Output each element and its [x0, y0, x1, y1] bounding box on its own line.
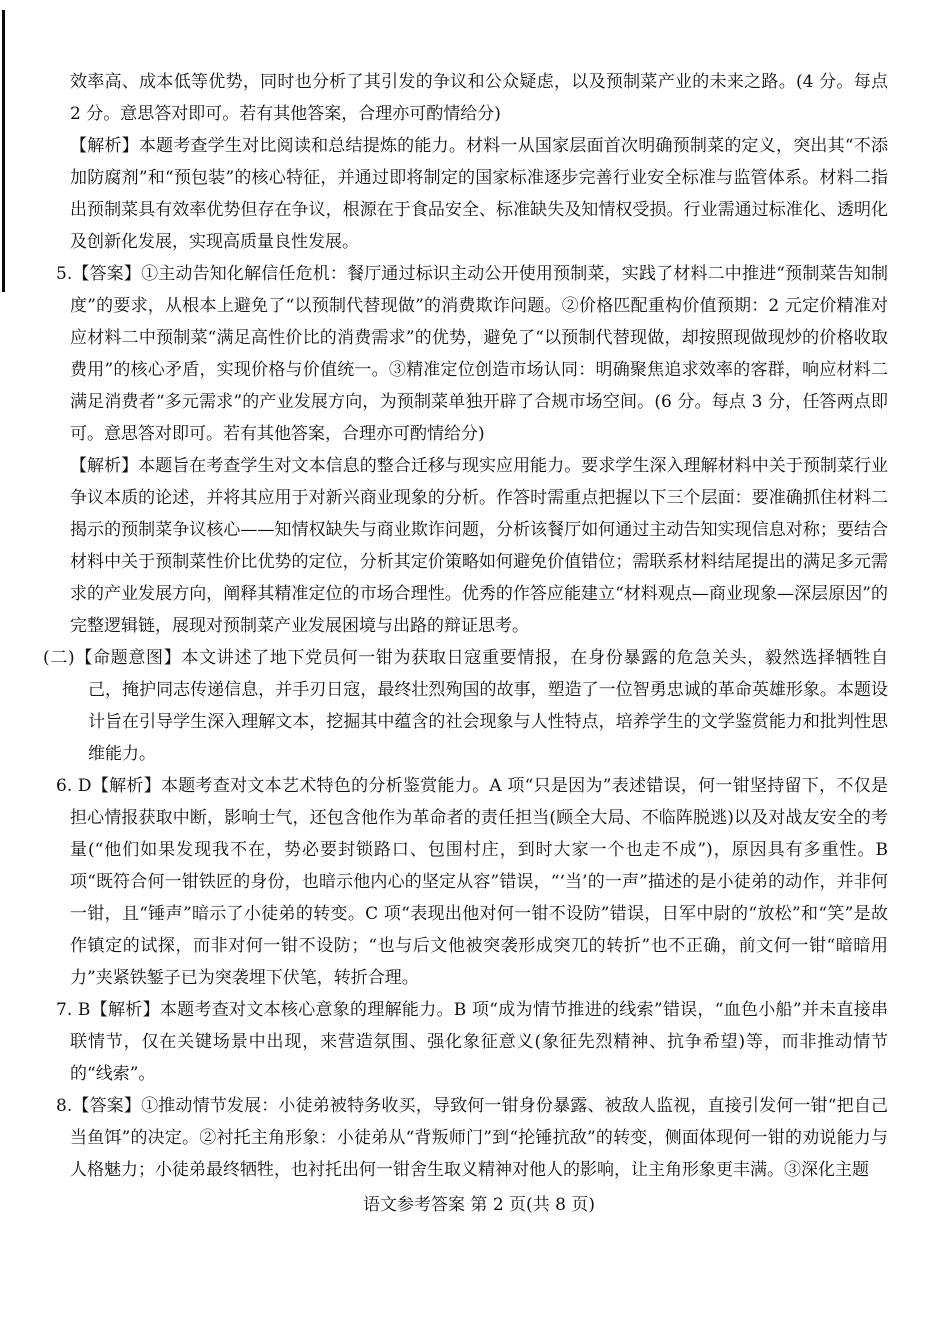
paragraph-text: 效率高、成本低等优势，同时也分析了其引发的争议和公众疑虑，以及预制菜产业的未来之… — [70, 72, 888, 124]
answer-item-5: 5.【答案】①主动告知化解信任危机：餐厅通过标识主动公开使用预制菜，实践了材料二… — [70, 258, 888, 450]
item-number: 7. — [56, 1000, 72, 1020]
paragraph-analysis-q4: 【解析】本题考查学生对比阅读和总结提炼的能力。材料一从国家层面首次明确预制菜的定… — [70, 130, 888, 258]
section-number: (二) — [43, 648, 75, 668]
answer-item-7: 7. B【解析】本题考查对文本核心意象的理解能力。B 项“成为情节推进的线索”错… — [70, 994, 888, 1090]
footer-text: 语文参考答案 第 2 页(共 8 页) — [363, 1195, 595, 1215]
item-number: 8. — [56, 1096, 72, 1116]
paragraph-text: 【答案】①推动情节发展：小徒弟被特务收买，导致何一钳身份暴露、被敌人监视，直接引… — [70, 1096, 888, 1180]
item-number: 5. — [56, 264, 72, 284]
paragraph-text: 【解析】本题旨在考查学生对文本信息的整合迁移与现实应用能力。要求学生深入理解材料… — [70, 456, 888, 636]
page-footer: 语文参考答案 第 2 页(共 8 页) — [70, 1189, 888, 1221]
paragraph-text: B【解析】本题考查对文本核心意象的理解能力。B 项“成为情节推进的线索”错误，“… — [70, 1000, 888, 1084]
answer-item-6: 6. D【解析】本题考查对文本艺术特色的分析鉴赏能力。A 项“只是因为”表述错误… — [70, 770, 888, 994]
paragraph-text: D【解析】本题考查对文本艺术特色的分析鉴赏能力。A 项“只是因为”表述错误，何一… — [70, 776, 888, 988]
answer-key-page: 效率高、成本低等优势，同时也分析了其引发的争议和公众疑虑，以及预制菜产业的未来之… — [0, 66, 950, 1221]
answer-item-8: 8.【答案】①推动情节发展：小徒弟被特务收买，导致何一钳身份暴露、被敌人监视，直… — [70, 1090, 888, 1186]
paragraph-analysis-q5: 【解析】本题旨在考查学生对文本信息的整合迁移与现实应用能力。要求学生深入理解材料… — [70, 450, 888, 642]
paragraph-text: 【命题意图】本文讲述了地下党员何一钳为获取日寇重要情报，在身份暴露的危急关头，毅… — [75, 648, 888, 764]
paragraph-text: 【答案】①主动告知化解信任危机：餐厅通过标识主动公开使用预制菜，实践了材料二中推… — [70, 264, 888, 444]
paragraph-continuation-q4: 效率高、成本低等优势，同时也分析了其引发的争议和公众疑虑，以及预制菜产业的未来之… — [70, 66, 888, 130]
paragraph-text: 【解析】本题考查学生对比阅读和总结提炼的能力。材料一从国家层面首次明确预制菜的定… — [70, 136, 888, 252]
item-number: 6. — [56, 776, 72, 796]
section-2-intent: (二)【命题意图】本文讲述了地下党员何一钳为获取日寇重要情报，在身份暴露的危急关… — [88, 642, 888, 770]
